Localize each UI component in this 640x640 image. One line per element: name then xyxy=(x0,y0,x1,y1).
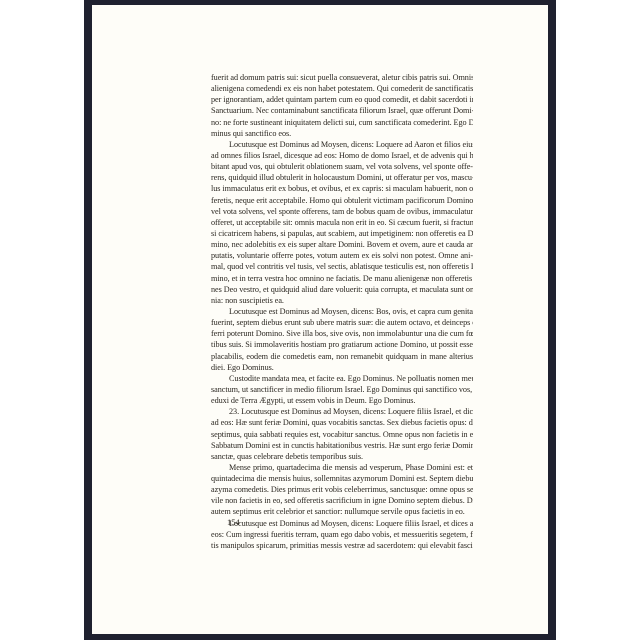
text-line: offeret, ut acceptabile sit: omnis macul… xyxy=(211,217,473,228)
text-line: mal, quod vel contritis vel tusis, vel s… xyxy=(211,261,473,272)
text-line: Mense primo, quartadecima die mensis ad … xyxy=(211,462,473,473)
text-line: lus immaculatus erit ex bobus, et ovibus… xyxy=(211,183,473,194)
text-line: placabilis, eodem die comedetis eam, non… xyxy=(211,351,473,362)
text-line: ferri poterunt Domino. Sive illa bos, si… xyxy=(211,328,473,339)
text-line: sanctæ, quas celebrare debetis temporibu… xyxy=(211,451,473,462)
text-line: no: ne forte sustineant iniquitatem deli… xyxy=(211,117,473,128)
text-line: eduxi de Terra Ægypti, ut essem vobis in… xyxy=(211,395,473,406)
text-line: 23. Locutusque est Dominus ad Moysen, di… xyxy=(211,406,473,417)
text-line: azyma comedetis. Dies primus erit vobis … xyxy=(211,484,473,495)
text-line: nes Deo vestro, et quidquid aliud dare v… xyxy=(211,284,473,295)
text-line: autem septimus erit celebrior et sanctio… xyxy=(211,506,473,517)
text-line: minus qui sanctifico eos. xyxy=(211,128,473,139)
text-line: vel vota solvens, vel sponte offerens, t… xyxy=(211,206,473,217)
page-number: 154 xyxy=(227,517,240,527)
text-line: ad eos: Hæ sunt feriæ Domini, quas vocab… xyxy=(211,417,473,428)
text-line: putatis, voluntarie offerre potes, votum… xyxy=(211,250,473,261)
text-line: eos: Cum ingressi fueritis terram, quam … xyxy=(211,529,473,540)
text-line: rens, quidquid illud obtulerit in holoca… xyxy=(211,172,473,183)
body-text: fuerit ad domum patris sui: sicut puella… xyxy=(211,72,473,551)
text-line: vile non facietis in eo, sed offeretis s… xyxy=(211,495,473,506)
text-line: mino, nec adolebitis ex eis super altare… xyxy=(211,239,473,250)
text-line: per ignorantiam, addet quintam partem cu… xyxy=(211,94,473,105)
text-line: feretis, neque erit acceptabile. Homo qu… xyxy=(211,195,473,206)
text-line: Custodite mandata mea, et facite ea. Ego… xyxy=(211,373,473,384)
text-line: Sanctuarium. Nec contaminabunt sanctific… xyxy=(211,105,473,116)
text-line: Sabbatum Domini est in cunctis habitatio… xyxy=(211,440,473,451)
text-line: sanctum, ut sanctificer in medio filioru… xyxy=(211,384,473,395)
text-line: Locutusque est Dominus ad Moysen, dicens… xyxy=(211,306,473,317)
text-line: tis manipulos spicarum, primitias messis… xyxy=(211,540,473,551)
text-line: alienigena comedendi ex eis non habet po… xyxy=(211,83,473,94)
text-line: quintadecima die mensis huius, sollemnit… xyxy=(211,473,473,484)
text-line: nia: non suscipietis ea. xyxy=(211,295,473,306)
text-line: bitant apud vos, qui obtulerit oblatione… xyxy=(211,161,473,172)
text-line: Locutusque est Dominus ad Moysen, dicens… xyxy=(211,518,473,529)
text-line: diei. Ego Dominus. xyxy=(211,362,473,373)
text-line: fuerint, septem diebus erunt sub ubere m… xyxy=(211,317,473,328)
text-line: septimus, quia sabbati requies est, voca… xyxy=(211,429,473,440)
text-line: si cicatricem habens, si papulas, aut sc… xyxy=(211,228,473,239)
text-line: ad omnes filios Israel, dicesque ad eos:… xyxy=(211,150,473,161)
text-line: Locutusque est Dominus ad Moysen, dicens… xyxy=(211,139,473,150)
text-line: mino, et in terra vestra hoc omnino ne f… xyxy=(211,273,473,284)
text-line: tibus suis. Si immolaveritis hostiam pro… xyxy=(211,339,473,350)
text-line: fuerit ad domum patris sui: sicut puella… xyxy=(211,72,473,83)
